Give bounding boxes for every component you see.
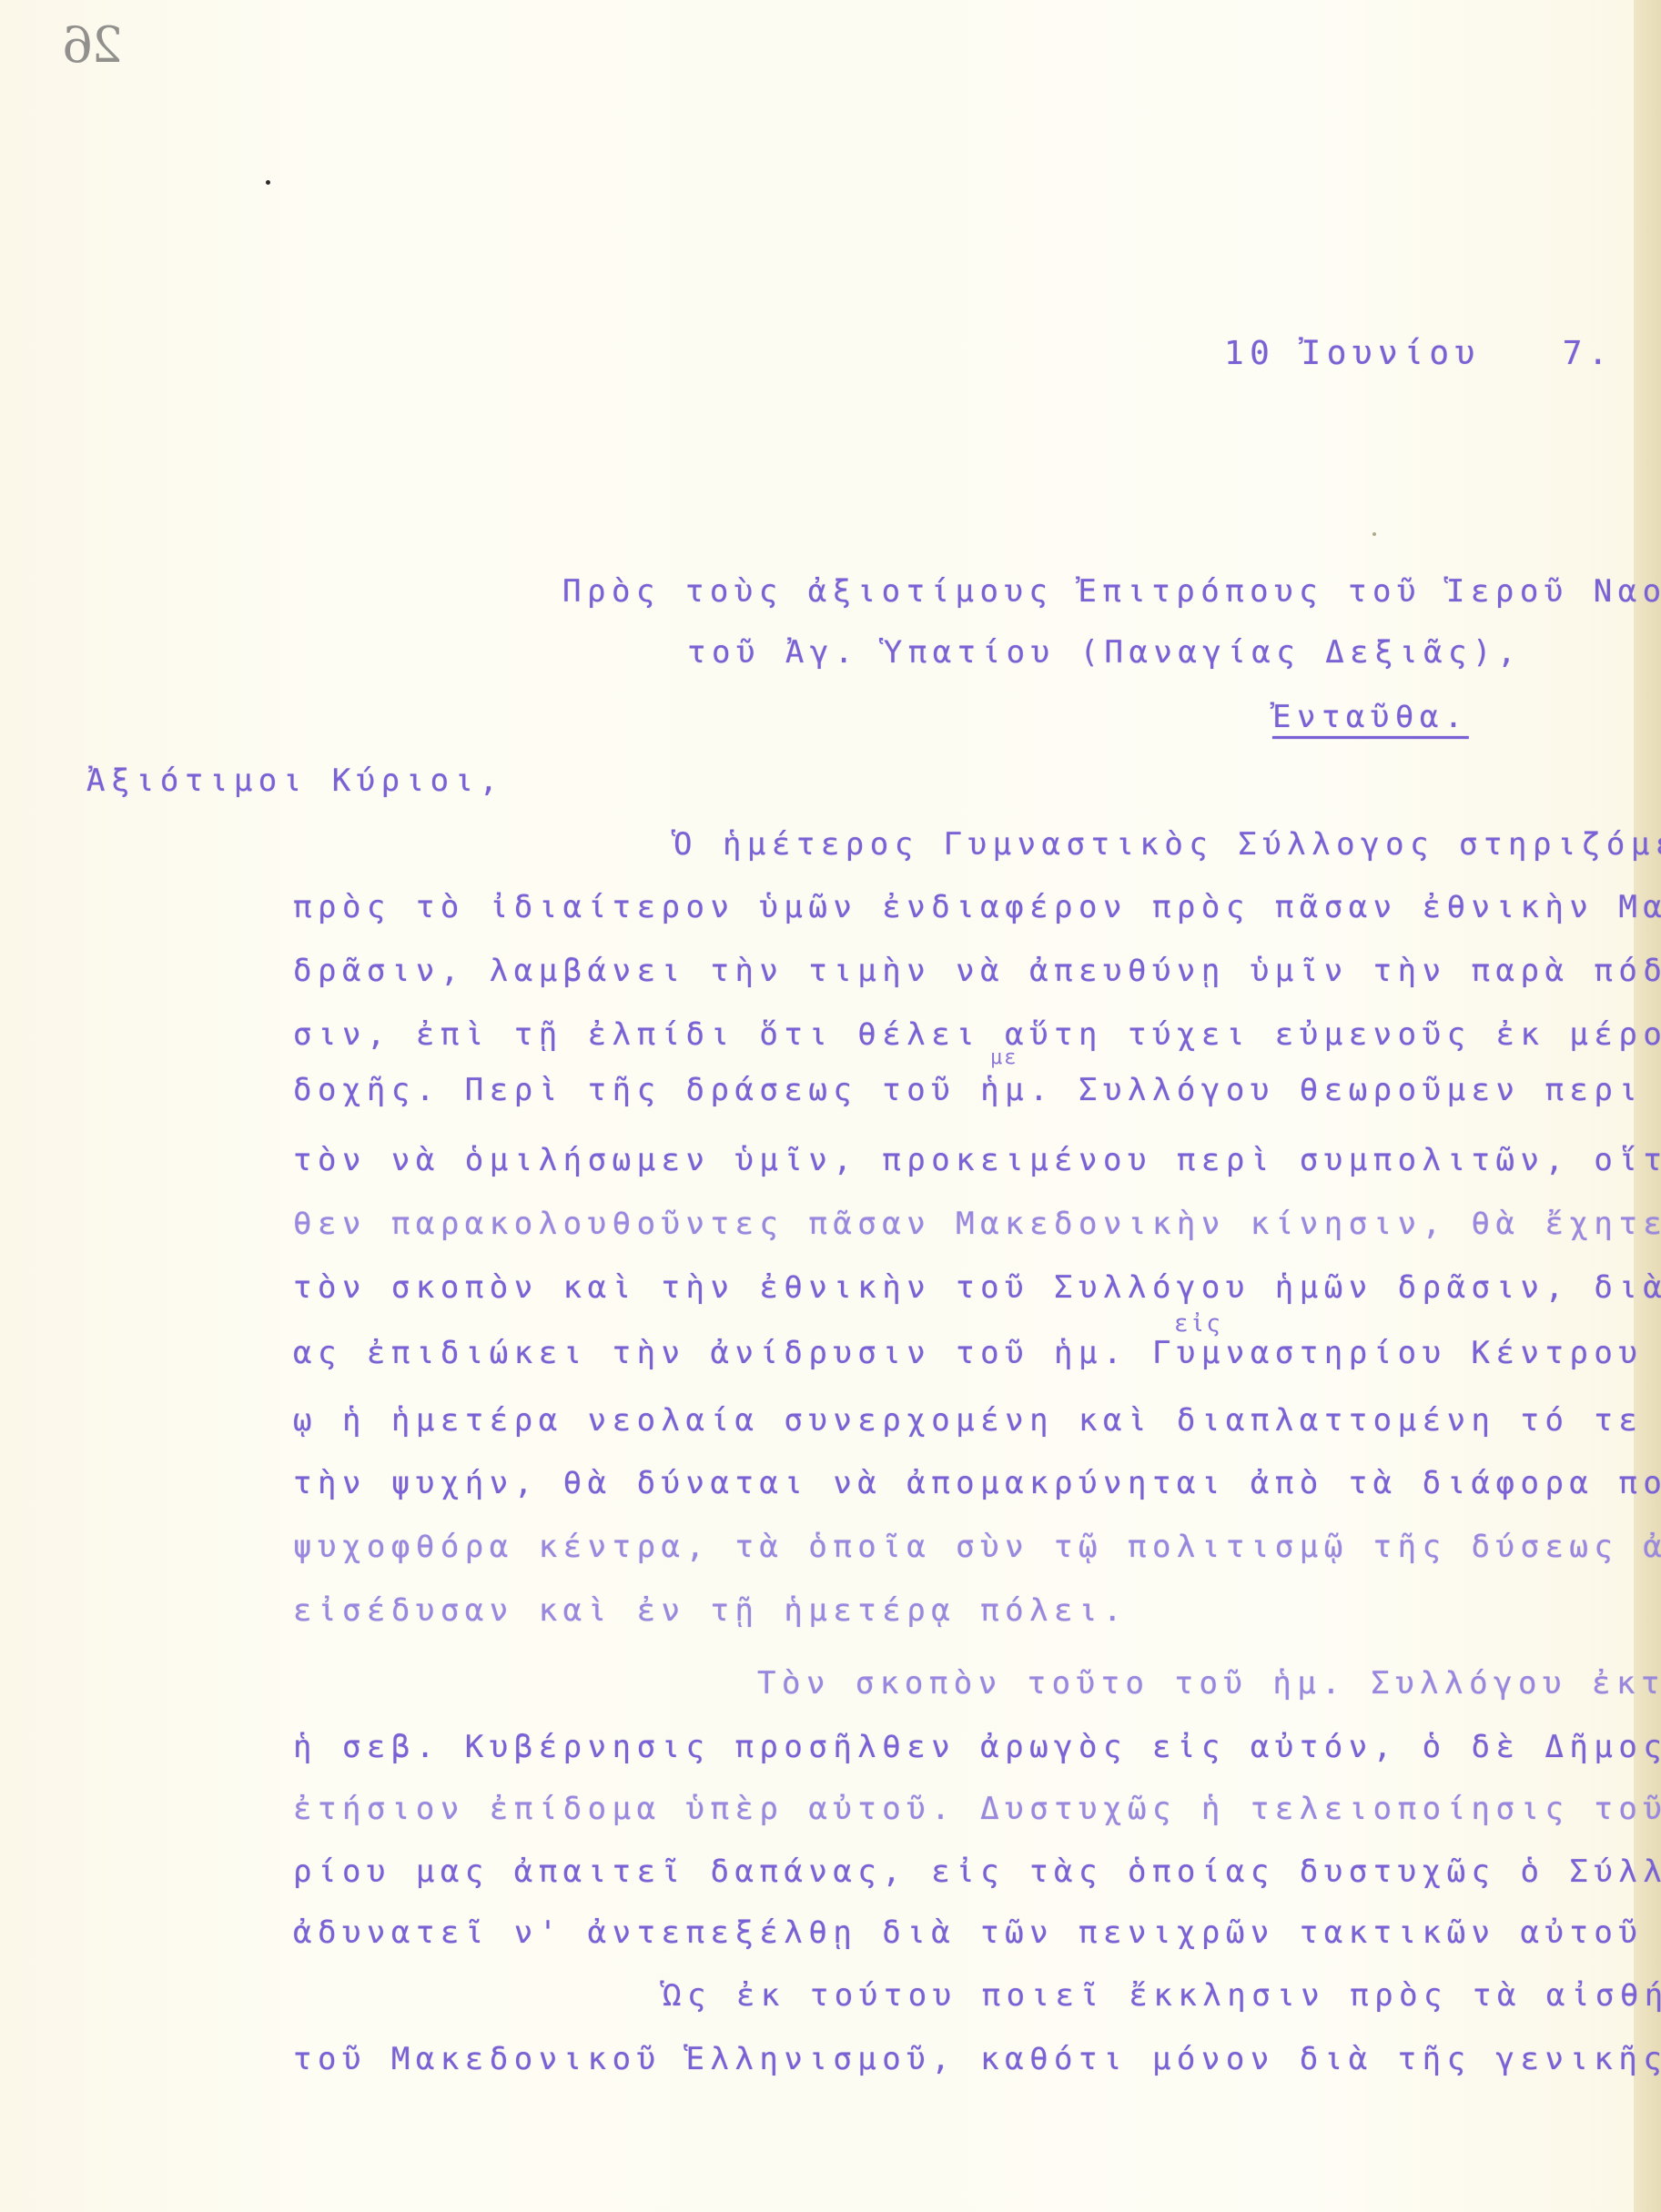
- body-line: δοχῆς. Περὶ τῆς δράσεως τοῦ ἡμ. Συλλόγου…: [293, 1072, 1643, 1108]
- body-line: θεν παρακολουθοῦντες πᾶσαν Μακεδονικὴν κ…: [293, 1206, 1661, 1242]
- interlinear-correction: εἰς: [1174, 1310, 1222, 1338]
- ink-speck: [266, 180, 270, 185]
- body-line: ῳ ἡ ἡμετέρα νεολαία συνερχομένη καὶ διαπ…: [293, 1402, 1661, 1439]
- body-line: ἡ σεβ. Κυβέρνησις προσῆλθεν ἀρωγὸς εἰς α…: [293, 1729, 1661, 1765]
- body-line: Ὡς ἐκ τούτου ποιεῖ ἔκκλησιν πρὸς τὰ αἰσθ…: [663, 1977, 1661, 2014]
- body-line: ψυχοφθόρα κέντρα, τὰ ὁποῖα σὺν τῷ πολιτι…: [293, 1529, 1661, 1565]
- address-line-2: τοῦ Ἀγ. Ὑπατίου (Παναγίας Δεξιᾶς),: [687, 634, 1522, 671]
- address-line-3: Ἐνταῦθα.: [1272, 699, 1469, 735]
- body-line: ας ἐπιδιώκει τὴν ἀνίδρυσιν τοῦ ἡμ. Γυμνα…: [293, 1335, 1661, 1371]
- body-line: δρᾶσιν, λαμβάνει τὴν τιμὴν νὰ ἀπευθύνῃ ὑ…: [293, 953, 1661, 989]
- salutation: Ἀξιότιμοι Κύριοι,: [86, 763, 504, 799]
- body-line: τοῦ Μακεδονικοῦ Ἑλληνισμοῦ, καθότι μόνον…: [293, 2041, 1661, 2077]
- ink-speck: [1372, 532, 1376, 536]
- folio-number: 26: [64, 16, 123, 74]
- letter-date: 10 Ἰουνίου7.: [1224, 335, 1614, 372]
- body-line: ἐτήσιον ἐπίδομα ὑπὲρ αὐτοῦ. Δυστυχῶς ἡ τ…: [293, 1791, 1661, 1827]
- body-line: τὸν νὰ ὁμιλήσωμεν ὑμῖν, προκειμένου περὶ…: [293, 1142, 1661, 1178]
- interlinear-correction: με: [990, 1046, 1018, 1069]
- body-line: Ὁ ἡμέτερος Γυμναστικὸς Σύλλογος στηριζόμ…: [674, 826, 1661, 863]
- date-year: 7.: [1563, 335, 1614, 372]
- date-day-month: 10 Ἰουνίου: [1224, 335, 1481, 372]
- address-line-1: Πρὸς τοὺς ἀξιοτίμους Ἐπιτρόπους τοῦ Ἱερο…: [562, 573, 1661, 610]
- body-line: τὸν σκοπὸν καὶ τὴν ἐθνικὴν τοῦ Συλλόγου …: [293, 1269, 1661, 1306]
- body-line: εἰσέδυσαν καὶ ἐν τῇ ἡμετέρᾳ πόλει.: [293, 1592, 1128, 1629]
- body-line: Τὸν σκοπὸν τοῦτο τοῦ ἡμ. Συλλόγου ἐκτιμῶ…: [757, 1665, 1661, 1702]
- body-line: ἀδυνατεῖ ν' ἀντεπεξέλθῃ διὰ τῶν πενιχρῶν…: [293, 1914, 1661, 1951]
- body-line: ρίου μας ἀπαιτεῖ δαπάνας, εἰς τὰς ὁποίας…: [293, 1853, 1661, 1890]
- body-line: τὴν ψυχήν, θὰ δύναται νὰ ἀπομακρύνηται ἀ…: [293, 1465, 1661, 1501]
- body-line: πρὸς τὸ ἰδιαίτερον ὑμῶν ἐνδιαφέρον πρὸς …: [293, 889, 1661, 925]
- body-line: σιν, ἐπὶ τῇ ἐλπίδι ὅτι θέλει αὕτη τύχει …: [293, 1016, 1661, 1053]
